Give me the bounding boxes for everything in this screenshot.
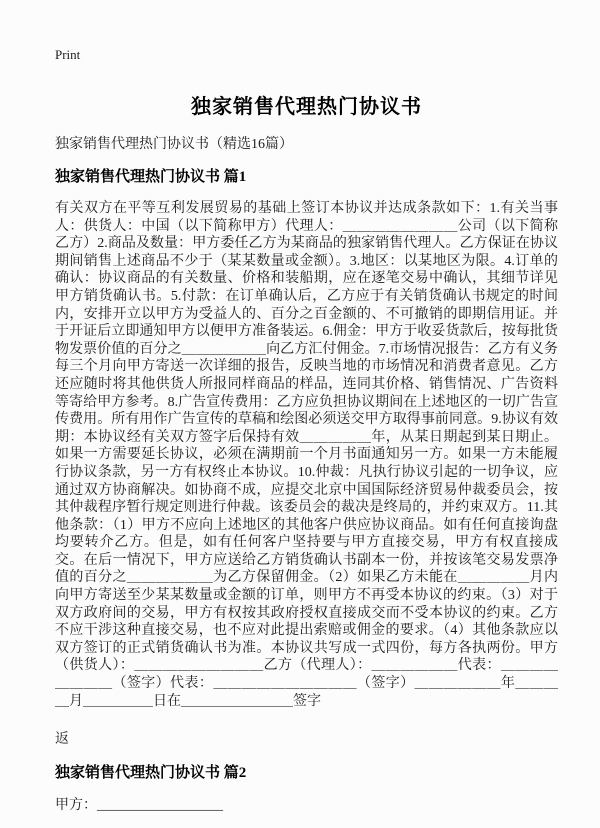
- section-2-party-a-line: 甲方：__________________: [55, 797, 558, 815]
- document-page: Print 独家销售代理热门协议书 独家销售代理热门协议书（精选16篇） 独家销…: [0, 0, 600, 828]
- section-1-body: 有关双方在平等互利发展贸易的基础上签订本协议并达成条款如下：1.有关当事人：供货…: [55, 200, 558, 710]
- print-link[interactable]: Print: [55, 47, 80, 62]
- return-link[interactable]: 返: [55, 731, 69, 749]
- page-title: 独家销售代理热门协议书: [55, 94, 558, 120]
- doc-subtitle: 独家销售代理热门协议书（精选16篇）: [55, 136, 558, 154]
- section-2-heading: 独家销售代理热门协议书 篇2: [55, 764, 558, 783]
- section-1-heading: 独家销售代理热门协议书 篇1: [55, 168, 558, 187]
